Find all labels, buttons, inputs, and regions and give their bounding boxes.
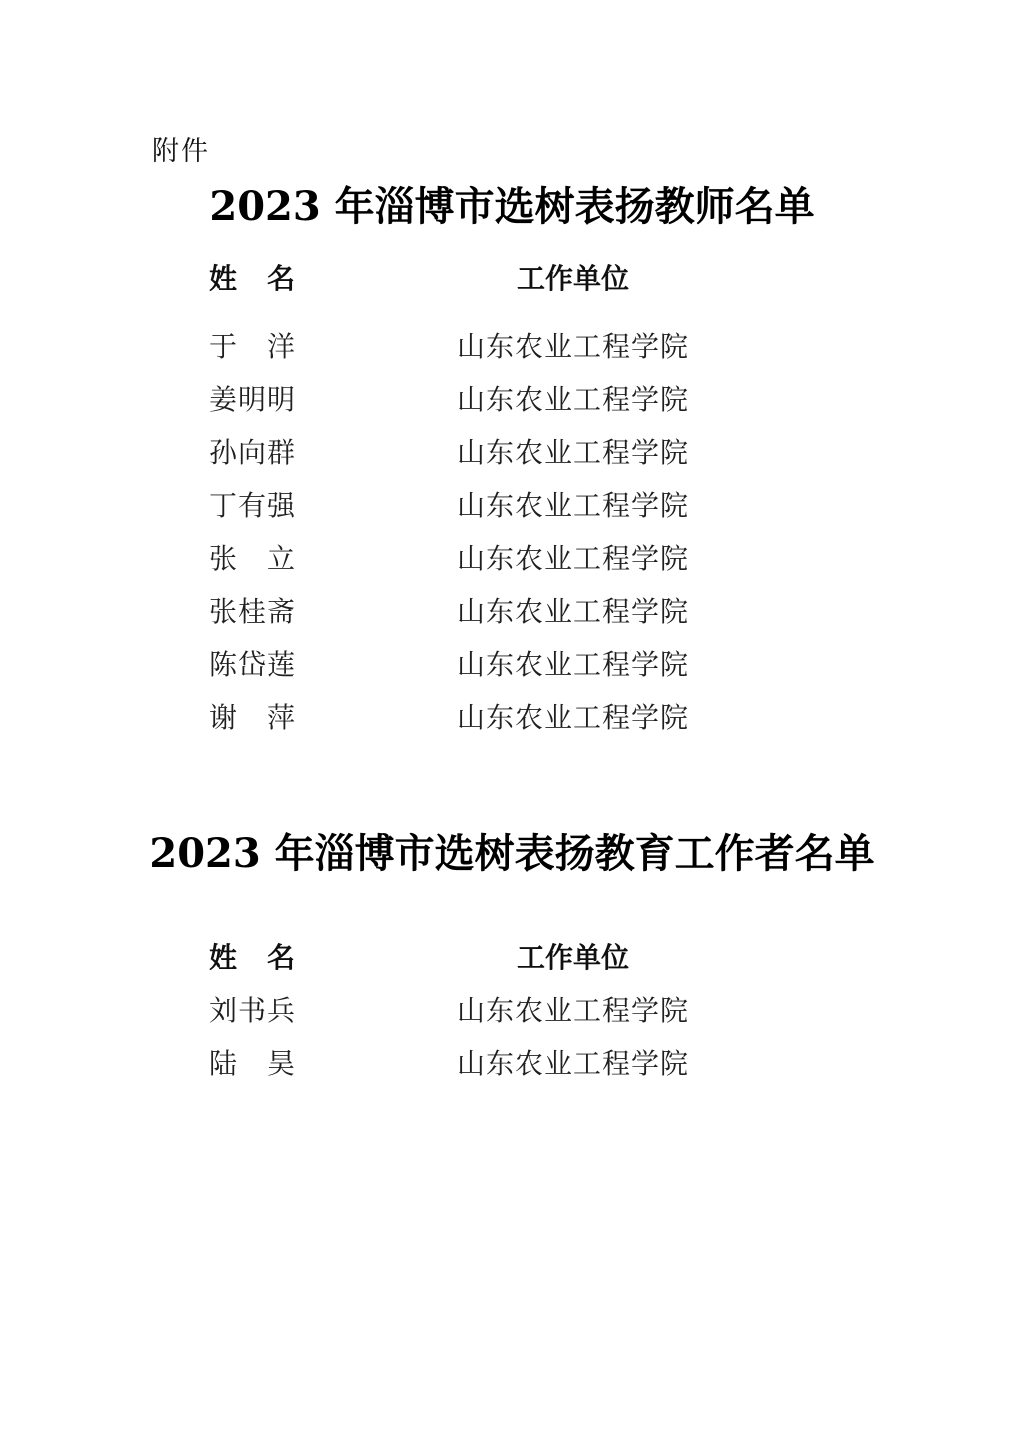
section2-rows: 刘书兵 山东农业工程学院 陆 昊 山东农业工程学院 xyxy=(209,985,729,1091)
person-name: 谢 萍 xyxy=(209,692,423,745)
section1-rows: 于 洋 山东农业工程学院 姜明明 山东农业工程学院 孙向群 山东农业工程学院 丁… xyxy=(209,321,729,745)
table-row: 张桂斋 山东农业工程学院 xyxy=(209,586,729,639)
section1-teachers-table: 姓 名 工作单位 于 洋 山东农业工程学院 姜明明 山东农业工程学院 孙向群 山… xyxy=(209,262,729,745)
work-unit: 山东农业工程学院 xyxy=(423,639,723,692)
column-header-name: 姓 名 xyxy=(209,941,423,975)
work-unit: 山东农业工程学院 xyxy=(423,985,723,1038)
table-row: 刘书兵 山东农业工程学院 xyxy=(209,985,729,1038)
table-row: 于 洋 山东农业工程学院 xyxy=(209,321,729,374)
table-row: 张 立 山东农业工程学院 xyxy=(209,533,729,586)
person-name: 陈岱莲 xyxy=(209,639,423,692)
column-header-unit: 工作单位 xyxy=(423,262,723,296)
person-name: 张 立 xyxy=(209,533,423,586)
table-row: 谢 萍 山东农业工程学院 xyxy=(209,692,729,745)
section1-header-row: 姓 名 工作单位 xyxy=(209,262,729,296)
table-row: 姜明明 山东农业工程学院 xyxy=(209,374,729,427)
section2-title: 2023 年淄博市选树表扬教育工作者名单 xyxy=(0,831,1024,877)
table-row: 陈岱莲 山东农业工程学院 xyxy=(209,639,729,692)
document-page: 附件 2023 年淄博市选树表扬教师名单 姓 名 工作单位 于 洋 山东农业工程… xyxy=(0,0,1024,1448)
work-unit: 山东农业工程学院 xyxy=(423,533,723,586)
table-row: 陆 昊 山东农业工程学院 xyxy=(209,1038,729,1091)
work-unit: 山东农业工程学院 xyxy=(423,480,723,533)
person-name: 刘书兵 xyxy=(209,985,423,1038)
person-name: 张桂斋 xyxy=(209,586,423,639)
column-header-unit: 工作单位 xyxy=(423,941,723,975)
person-name: 孙向群 xyxy=(209,427,423,480)
person-name: 陆 昊 xyxy=(209,1038,423,1091)
section2-header-row: 姓 名 工作单位 xyxy=(209,941,729,975)
work-unit: 山东农业工程学院 xyxy=(423,1038,723,1091)
person-name: 丁有强 xyxy=(209,480,423,533)
section1-title: 2023 年淄博市选树表扬教师名单 xyxy=(0,184,1024,230)
table-row: 孙向群 山东农业工程学院 xyxy=(209,427,729,480)
section2-education-workers-table: 姓 名 工作单位 刘书兵 山东农业工程学院 陆 昊 山东农业工程学院 xyxy=(209,941,729,1091)
work-unit: 山东农业工程学院 xyxy=(423,427,723,480)
work-unit: 山东农业工程学院 xyxy=(423,374,723,427)
column-header-name: 姓 名 xyxy=(209,262,423,296)
table-row: 丁有强 山东农业工程学院 xyxy=(209,480,729,533)
work-unit: 山东农业工程学院 xyxy=(423,692,723,745)
person-name: 于 洋 xyxy=(209,321,423,374)
person-name: 姜明明 xyxy=(209,374,423,427)
work-unit: 山东农业工程学院 xyxy=(423,321,723,374)
attachment-label: 附件 xyxy=(152,136,210,166)
work-unit: 山东农业工程学院 xyxy=(423,586,723,639)
